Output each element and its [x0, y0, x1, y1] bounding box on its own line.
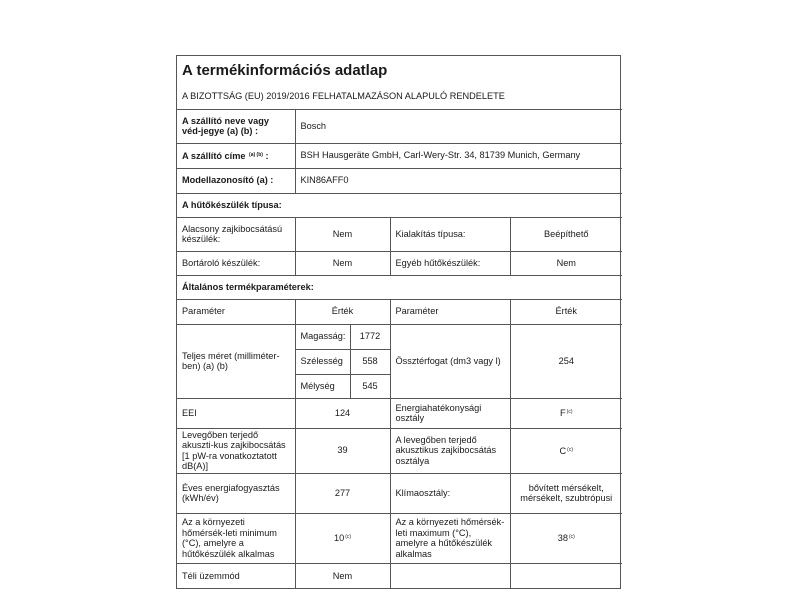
eei-value: 124 — [295, 398, 390, 428]
model-id-value: KIN86AFF0 — [295, 168, 622, 193]
width-value: 558 — [350, 349, 390, 374]
winter-mode-label: Téli üzemmód — [177, 563, 295, 588]
value-column-header-2: Érték — [510, 299, 622, 324]
wine-storage-label: Bortároló készülék: — [177, 251, 295, 275]
wine-storage-value: Nem — [295, 251, 390, 275]
value-column-header: Érték — [295, 299, 390, 324]
supplier-name-value: Bosch — [295, 109, 622, 143]
eei-label: EEI — [177, 398, 295, 428]
empty-cell — [390, 563, 510, 588]
footnote-ref: (a) (b) — [249, 152, 263, 158]
max-temp-label: Az a környezeti hőmérsék-leti maximum (°… — [390, 513, 510, 563]
climate-class-value: bővített mérsékelt, mérsékelt, szubtrópu… — [510, 473, 622, 513]
winter-mode-value: Nem — [295, 563, 390, 588]
min-temp-cell: 10(c) — [295, 513, 390, 563]
min-temp-value: 10 — [334, 533, 344, 543]
supplier-name-label: A szállító neve vagy véd-jegye (a) (b) : — [177, 109, 295, 143]
min-temp-label: Az a környezeti hőmérsék-leti minimum (°… — [177, 513, 295, 563]
annual-energy-value: 277 — [295, 473, 390, 513]
depth-value: 545 — [350, 374, 390, 398]
max-temp-cell: 38(c) — [510, 513, 622, 563]
energy-class-value: F — [560, 408, 566, 418]
footnote-ref: (c) — [345, 534, 351, 540]
product-information-sheet: A termékinformációs adatlap A BIZOTTSÁG … — [176, 55, 621, 589]
annual-energy-label: Éves energiafogyasztás (kWh/év) — [177, 473, 295, 513]
general-params-heading: Általános termékparaméterek: — [177, 275, 622, 299]
low-noise-value: Nem — [295, 217, 390, 251]
width-label: Szélesség — [295, 349, 350, 374]
total-volume-value: 254 — [510, 324, 622, 398]
noise-class-value: C — [560, 446, 567, 456]
supplier-address-label-text: A szállító címe — [182, 151, 245, 161]
footnote-ref: (c) — [567, 409, 573, 415]
other-appliance-label: Egyéb hűtőkészülék: — [390, 251, 510, 275]
energy-class-cell: F(c) — [510, 398, 622, 428]
regulation-subtitle: A BIZOTTSÁG (EU) 2019/2016 FELHATALMAZÁS… — [177, 83, 622, 109]
energy-class-label: Energiahatékonysági osztály — [390, 398, 510, 428]
total-volume-label: Össztérfogat (dm3 vagy l) — [390, 324, 510, 398]
climate-class-label: Klímaosztály: — [390, 473, 510, 513]
param-column-header-2: Paraméter — [390, 299, 510, 324]
footnote-ref: (c) — [569, 534, 575, 540]
max-temp-value: 38 — [558, 533, 568, 543]
appliance-type-heading: A hűtőkészülék típusa: — [177, 193, 622, 217]
noise-emission-value: 39 — [295, 428, 390, 473]
param-column-header: Paraméter — [177, 299, 295, 324]
footnote-ref: (c) — [567, 447, 573, 453]
noise-emission-label: Levegőben terjedő akuszti-kus zajkibocsá… — [177, 428, 295, 473]
other-appliance-value: Nem — [510, 251, 622, 275]
empty-cell — [510, 563, 622, 588]
design-type-value: Beépíthető — [510, 217, 622, 251]
noise-class-label: A levegőben terjedő akusztikus zajkibocs… — [390, 428, 510, 473]
model-id-label: Modellazonosító (a) : — [177, 168, 295, 193]
low-noise-label: Alacsony zajkibocsátású készülék: — [177, 217, 295, 251]
depth-label: Mélység — [295, 374, 350, 398]
label-colon: : — [266, 151, 269, 161]
sheet-title: A termékinformációs adatlap — [177, 56, 622, 83]
dimensions-label: Teljes méret (milliméter-ben) (a) (b) — [177, 324, 295, 398]
noise-class-cell: C(c) — [510, 428, 622, 473]
supplier-address-label: A szállító címe (a) (b) : — [177, 143, 295, 168]
supplier-address-value: BSH Hausgeräte GmbH, Carl-Wery-Str. 34, … — [295, 143, 622, 168]
design-type-label: Kialakítás típusa: — [390, 217, 510, 251]
info-table: A termékinformációs adatlap A BIZOTTSÁG … — [177, 56, 622, 588]
height-value: 1772 — [350, 324, 390, 349]
height-label: Magasság: — [295, 324, 350, 349]
